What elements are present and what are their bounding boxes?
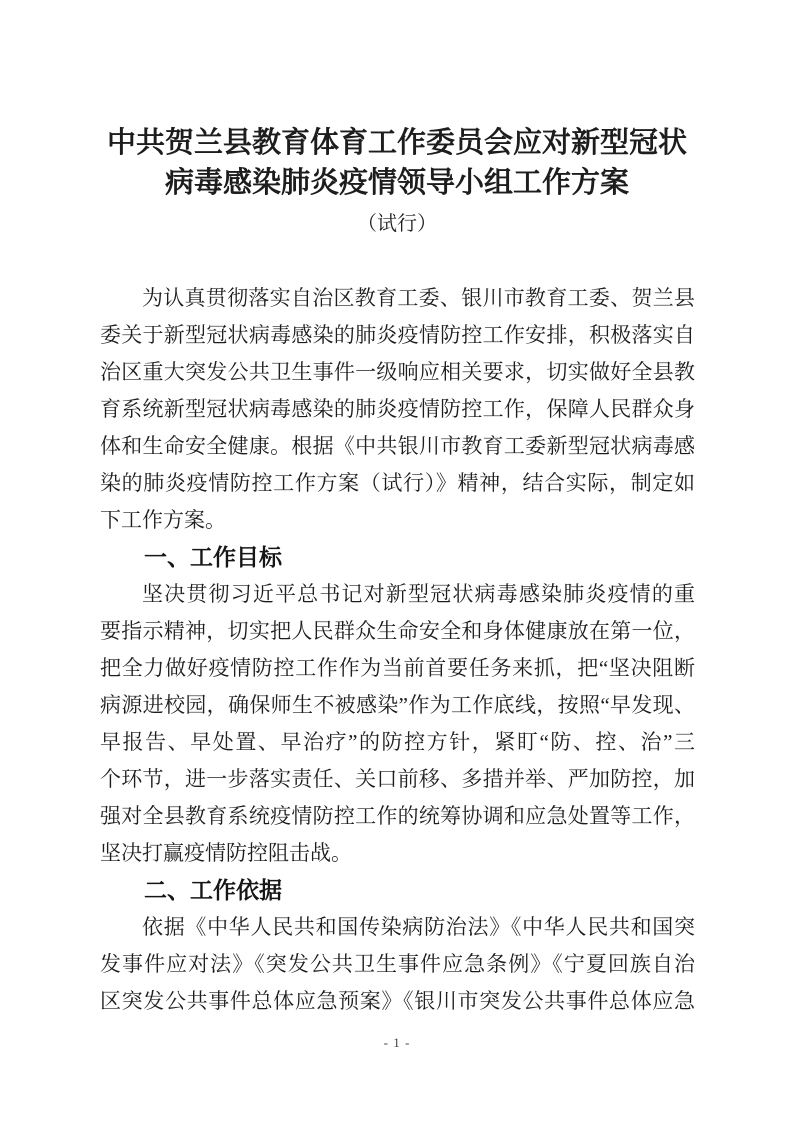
document-title: 中共贺兰县教育体育工作委员会应对新型冠状 病毒感染肺炎疫情领导小组工作方案 [0,0,794,203]
document-body: 为认真贯彻落实自治区教育工委、银川市教育工委、贺兰县委关于新型冠状病毒感染的肺炎… [100,280,695,1020]
paragraph: 坚决贯彻习近平总书记对新型冠状病毒感染肺炎疫情的重要指示精神，切实把人民群众生命… [100,576,695,872]
document-subtitle: （试行） [0,209,794,239]
text-line: 早报告、早处置、早治疗”的防控方针，紧盯“防、控、治”三 [100,724,695,761]
text-line: 依据《中华人民共和国传染病防治法》《中华人民共和国突 [100,909,695,946]
text-line: 为认真贯彻落实自治区教育工委、银川市教育工委、贺兰县 [100,280,695,317]
title-line-1: 中共贺兰县教育体育工作委员会应对新型冠状 [0,123,794,163]
text-line: 强对全县教育系统疫情防控工作的统筹协调和应急处置等工作， [100,798,695,835]
text-line: 体和生命安全健康。根据《中共银川市教育工委新型冠状病毒感 [100,428,695,465]
text-line: 区突发公共事件总体应急预案》《银川市突发公共事件总体应急 [100,983,695,1020]
text-line: 坚决打赢疫情防控阻击战。 [100,835,695,872]
page-number: - 1 - [384,1035,411,1050]
page-footer: - 1 - [0,1035,794,1051]
text-line: 发事件应对法》《突发公共卫生事件应急条例》《宁夏回族自治 [100,946,695,983]
text-line: 治区重大突发公共卫生事件一级响应相关要求，切实做好全县教 [100,354,695,391]
text-line: 把全力做好疫情防控工作作为当前首要任务来抓，把“坚决阻断 [100,650,695,687]
text-line: 个环节，进一步落实责任、关口前移、多措并举、严加防控，加 [100,761,695,798]
paragraph: 依据《中华人民共和国传染病防治法》《中华人民共和国突发事件应对法》《突发公共卫生… [100,909,695,1020]
section-heading: 一、工作目标 [100,539,695,576]
title-line-2: 病毒感染肺炎疫情领导小组工作方案 [0,163,794,203]
text-line: 病源进校园，确保师生不被感染”作为工作底线，按照“早发现、 [100,687,695,724]
text-line: 染的肺炎疫情防控工作方案（试行）》精神，结合实际，制定如 [100,465,695,502]
section-heading: 二、工作依据 [100,872,695,909]
text-line: 要指示精神，切实把人民群众生命安全和身体健康放在第一位， [100,613,695,650]
text-line: 下工作方案。 [100,502,695,539]
text-line: 育系统新型冠状病毒感染的肺炎疫情防控工作，保障人民群众身 [100,391,695,428]
text-line: 委关于新型冠状病毒感染的肺炎疫情防控工作安排，积极落实自 [100,317,695,354]
document-page: 中共贺兰县教育体育工作委员会应对新型冠状 病毒感染肺炎疫情领导小组工作方案 （试… [0,0,794,1123]
paragraph: 为认真贯彻落实自治区教育工委、银川市教育工委、贺兰县委关于新型冠状病毒感染的肺炎… [100,280,695,539]
text-line: 坚决贯彻习近平总书记对新型冠状病毒感染肺炎疫情的重 [100,576,695,613]
